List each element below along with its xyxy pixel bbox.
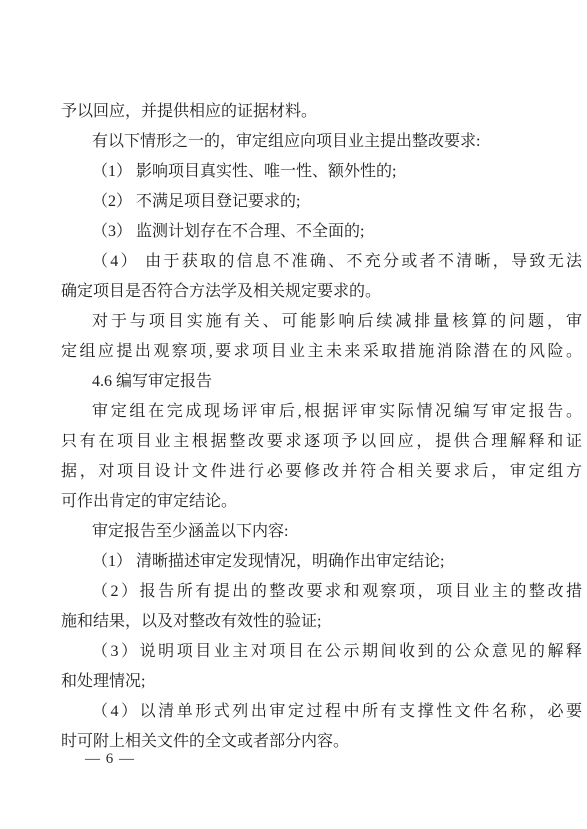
text-line: 据，对项目设计文件进行必要修改并符合相关要求后，审定组方 <box>61 457 582 487</box>
text-line: 有以下情形之一的，审定组应向项目业主提出整改要求: <box>61 127 582 157</box>
text-line: 可作出肯定的审定结论。 <box>61 487 582 517</box>
text-line: 和处理情况; <box>61 667 582 697</box>
document-body: 予以回应，并提供相应的证据材料。有以下情形之一的，审定组应向项目业主提出整改要求… <box>61 97 582 757</box>
text-line: 对于与项目实施有关、可能影响后续减排量核算的问题，审 <box>61 307 582 337</box>
text-line: 时可附上相关文件的全文或者部分内容。 <box>61 727 582 757</box>
document-page: 予以回应，并提供相应的证据材料。有以下情形之一的，审定组应向项目业主提出整改要求… <box>0 0 587 829</box>
text-line: （4）以清单形式列出审定过程中所有支撑性文件名称，必要 <box>61 697 582 727</box>
text-line: 施和结果，以及对整改有效性的验证; <box>61 607 582 637</box>
section-heading: 4.6 编写审定报告 <box>61 367 582 397</box>
text-line: （3） 监测计划存在不合理、不全面的; <box>61 217 582 247</box>
text-line: （1） 影响项目真实性、唯一性、额外性的; <box>61 157 582 187</box>
page-number: — 6 — <box>85 744 135 774</box>
text-line: 予以回应，并提供相应的证据材料。 <box>61 97 582 127</box>
text-line: 确定项目是否符合方法学及相关规定要求的。 <box>61 277 582 307</box>
text-line: （3）说明项目业主对项目在公示期间收到的公众意见的解释 <box>61 637 582 667</box>
text-line: （1） 清晰描述审定发现情况，明确作出审定结论; <box>61 547 582 577</box>
text-line: 只有在项目业主根据整改要求逐项予以回应，提供合理解释和证 <box>61 427 582 457</box>
text-line: （4） 由于获取的信息不准确、不充分或者不清晰，导致无法 <box>61 247 582 277</box>
text-line: 审定组在完成现场评审后,根据评审实际情况编写审定报告。 <box>61 397 582 427</box>
text-line: 定组应提出观察项,要求项目业主未来采取措施消除潜在的风险。 <box>61 337 582 367</box>
text-line: （2） 不满足项目登记要求的; <box>61 187 582 217</box>
text-line: （2）报告所有提出的整改要求和观察项，项目业主的整改措 <box>61 577 582 607</box>
text-line: 审定报告至少涵盖以下内容: <box>61 517 582 547</box>
